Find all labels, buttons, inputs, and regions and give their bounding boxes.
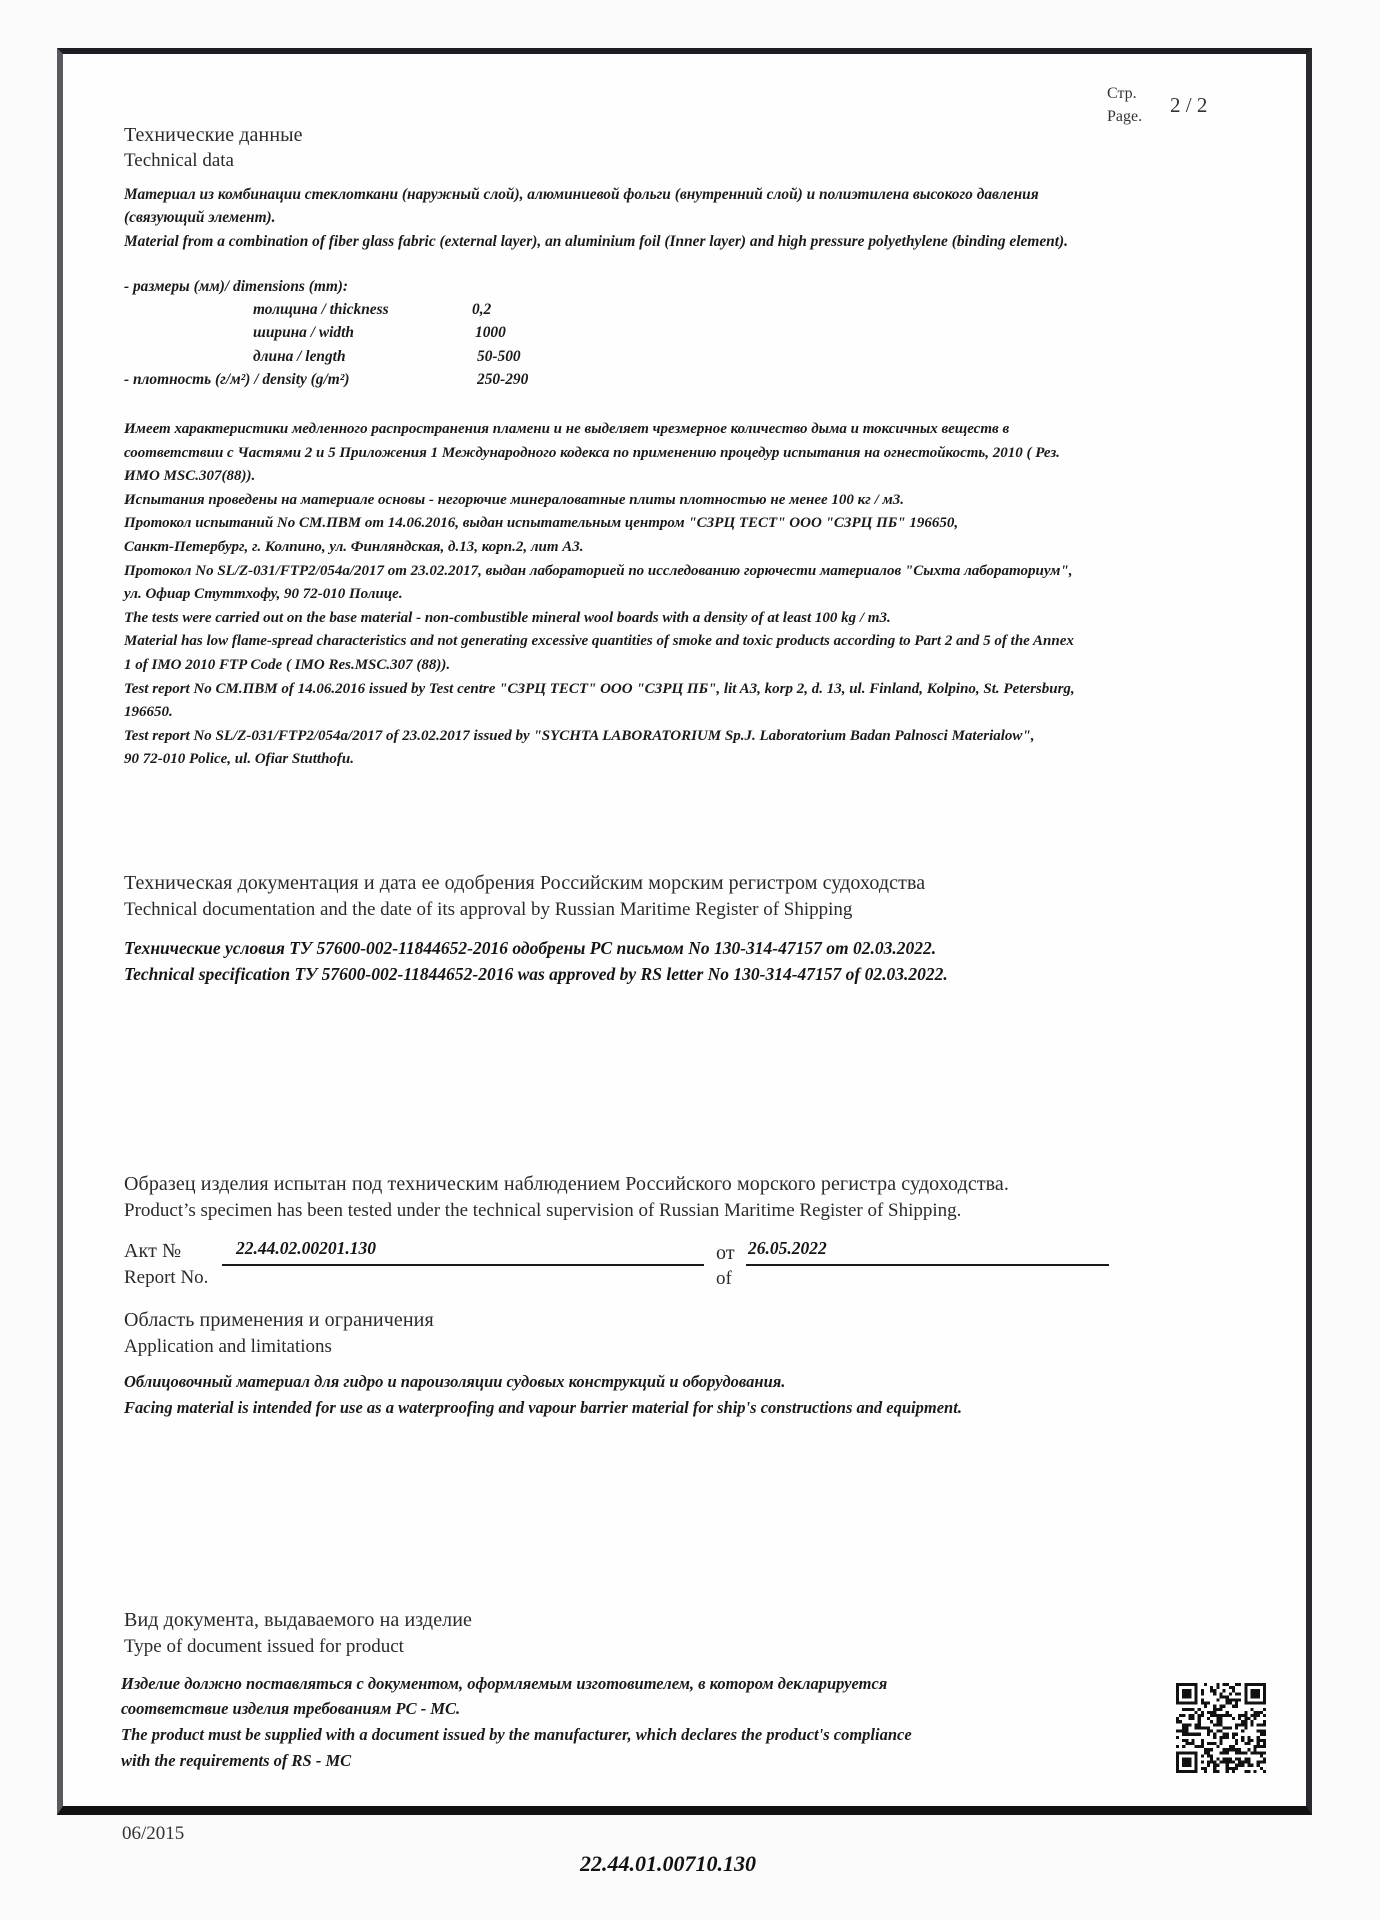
spec-value: 50-500 [477, 348, 521, 366]
report-date: 26.05.2022 [748, 1238, 827, 1259]
application-heading-en: Application and limitations [124, 1336, 332, 1358]
report-number-underline [222, 1264, 704, 1266]
paragraph-line: The tests were carried out on the base m… [124, 610, 891, 627]
paragraph-line: Test report No SL/Z-031/FTP2/054a/2017 o… [124, 728, 1035, 745]
paragraph-line: Material has low flame-spread characteri… [124, 633, 1074, 650]
spec-value: 1000 [475, 324, 506, 342]
paragraph-line: Санкт-Петербург, г. Колпино, ул. Финлянд… [124, 539, 584, 556]
paragraph-line: Test report No СМ.ПВМ of 14.06.2016 issu… [124, 681, 1075, 698]
doc-type-line: The product must be supplied with a docu… [121, 1725, 912, 1745]
paragraph-line: Имеет характеристики медленного распрост… [124, 421, 1009, 438]
doc-type-line: Изделие должно поставляться с документом… [121, 1674, 887, 1694]
form-date: 06/2015 [122, 1823, 184, 1845]
technical-data-heading-ru: Технические данные [124, 124, 303, 147]
qr-code-icon [1176, 1683, 1266, 1773]
material-ru-line2: (связующий элемент). [124, 209, 276, 227]
dimensions-label: - размеры (мм)/ dimensions (mm): [124, 278, 348, 296]
density-label: - плотность (г/м²) / density (g/m²) [124, 371, 349, 389]
paragraph-line: 90 72-010 Police, ul. Ofiar Stutthofu. [124, 751, 354, 768]
application-text-en: Facing material is intended for use as a… [124, 1398, 962, 1418]
page-number: 2 / 2 [1170, 93, 1207, 118]
material-ru-line1: Материал из комбинации стеклоткани (нару… [124, 186, 1039, 204]
application-text-ru: Облицовочный материал для гидро и пароиз… [124, 1372, 785, 1392]
tech-doc-heading-ru: Техническая документация и дата ее одобр… [124, 872, 925, 895]
tech-spec-ru: Технические условия ТУ 57600-002-1184465… [124, 938, 936, 959]
date-label-en: of [716, 1268, 732, 1290]
spec-value: 0,2 [472, 301, 491, 319]
report-label-ru: Акт № [124, 1240, 181, 1263]
page-label-en: Page. [1107, 105, 1142, 128]
paragraph-line: Испытания проведены на материале основы … [124, 492, 904, 509]
report-label-en: Report No. [124, 1267, 208, 1289]
technical-data-heading-en: Technical data [124, 150, 234, 172]
report-number: 22.44.02.00201.130 [236, 1238, 376, 1259]
paragraph-line: 1 of IMO 2010 FTP Code ( IMO Res.MSC.307… [124, 657, 450, 674]
spec-label: длина / length [253, 348, 346, 366]
doc-type-line: соответствие изделия требованиям РС - МС… [121, 1699, 460, 1719]
certificate-number: 22.44.01.00710.130 [580, 1851, 756, 1877]
spec-label: толщина / thickness [253, 301, 389, 319]
paragraph-line: ИМО MSC.307(88)). [124, 468, 255, 485]
paragraph-line: Протокол No SL/Z-031/FTP2/054a/2017 от 2… [124, 563, 1073, 580]
doc-type-line: with the requirements of RS - MC [121, 1751, 351, 1771]
page-label: Стр. Page. [1107, 82, 1142, 128]
application-heading-ru: Область применения и ограничения [124, 1309, 434, 1332]
certificate-frame [57, 48, 1312, 1815]
spec-label: ширина / width [253, 324, 354, 342]
density-value: 250-290 [477, 371, 528, 389]
paragraph-line: ул. Офиар Стуттхофу, 90 72-010 Полице. [124, 586, 403, 603]
specimen-heading-en: Product’s specimen has been tested under… [124, 1200, 961, 1222]
doc-type-heading-en: Type of document issued for product [124, 1636, 404, 1658]
paragraph-line: Протокол испытаний No СМ.ПВМ от 14.06.20… [124, 515, 958, 532]
tech-spec-en: Technical specification ТУ 57600-002-118… [124, 964, 948, 985]
paragraph-line: 196650. [124, 704, 173, 721]
report-date-underline [746, 1264, 1109, 1266]
paragraph-line: соответствии с Частями 2 и 5 Приложения … [124, 445, 1060, 462]
tech-doc-heading-en: Technical documentation and the date of … [124, 899, 852, 921]
date-label-ru: от [716, 1242, 735, 1265]
specimen-heading-ru: Образец изделия испытан под техническим … [124, 1173, 1009, 1196]
doc-type-heading-ru: Вид документа, выдаваемого на изделие [124, 1609, 472, 1632]
page-label-ru: Стр. [1107, 82, 1142, 105]
material-en: Material from a combination of fiber gla… [124, 233, 1068, 251]
